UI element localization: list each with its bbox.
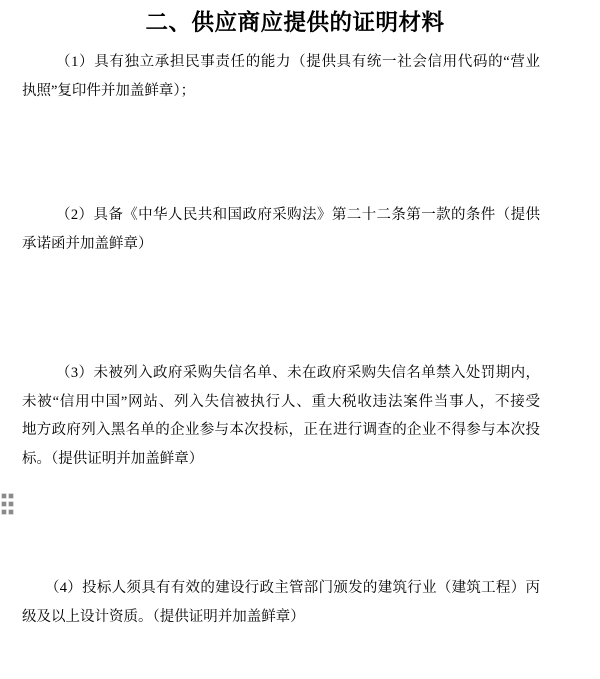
document-title: 二、供应商应提供的证明材料 [0,10,590,35]
paragraph-4-line-1: （4）投标人须具有有效的建设行政主管部门颁发的建筑行业（建筑工程）丙 [22,574,540,603]
paragraph-4: （4）投标人须具有有效的建设行政主管部门颁发的建筑行业（建筑工程）丙 级及以上设… [22,574,540,631]
paragraph-3-line-4: 标。（提供证明并加盖鲜章） [22,445,540,474]
handle-dot [2,510,6,514]
paragraph-3-line-3: 地方政府列入黑名单的企业参与本次投标，正在进行调查的企业不得参与本次投 [22,416,540,445]
drag-handle-icon[interactable] [2,494,13,514]
document-page: 二、供应商应提供的证明材料 （1）具有独立承担民事责任的能力（提供具有统一社会信… [0,0,600,679]
handle-dot [2,494,6,498]
handle-dot [9,494,13,498]
paragraph-1: （1）具有独立承担民事责任的能力（提供具有统一社会信用代码的“营业 执照”复印件… [22,48,540,105]
paragraph-2-line-1: （2）具备《中华人民共和国政府采购法》第二十二条第一款的条件（提供 [22,201,540,230]
paragraph-3-line-1: （3）未被列入政府采购失信名单、未在政府采购失信名单禁入处罚期内， [22,359,540,388]
paragraph-2: （2）具备《中华人民共和国政府采购法》第二十二条第一款的条件（提供 承诺函并加盖… [22,201,540,258]
paragraph-2-line-2: 承诺函并加盖鲜章） [22,230,540,259]
paragraph-4-line-2: 级及以上设计资质。（提供证明并加盖鲜章） [22,603,540,632]
handle-dot [9,502,13,506]
paragraph-1-line-2: 执照”复印件并加盖鲜章）； [22,77,540,106]
paragraph-3: （3）未被列入政府采购失信名单、未在政府采购失信名单禁入处罚期内， 未被“信用中… [22,359,540,473]
handle-dot [2,502,6,506]
paragraph-3-line-2: 未被“信用中国”网站、列入失信被执行人、重大税收违法案件当事人，不接受 [22,388,540,417]
handle-dot [9,510,13,514]
paragraph-1-line-1: （1）具有独立承担民事责任的能力（提供具有统一社会信用代码的“营业 [22,48,540,77]
